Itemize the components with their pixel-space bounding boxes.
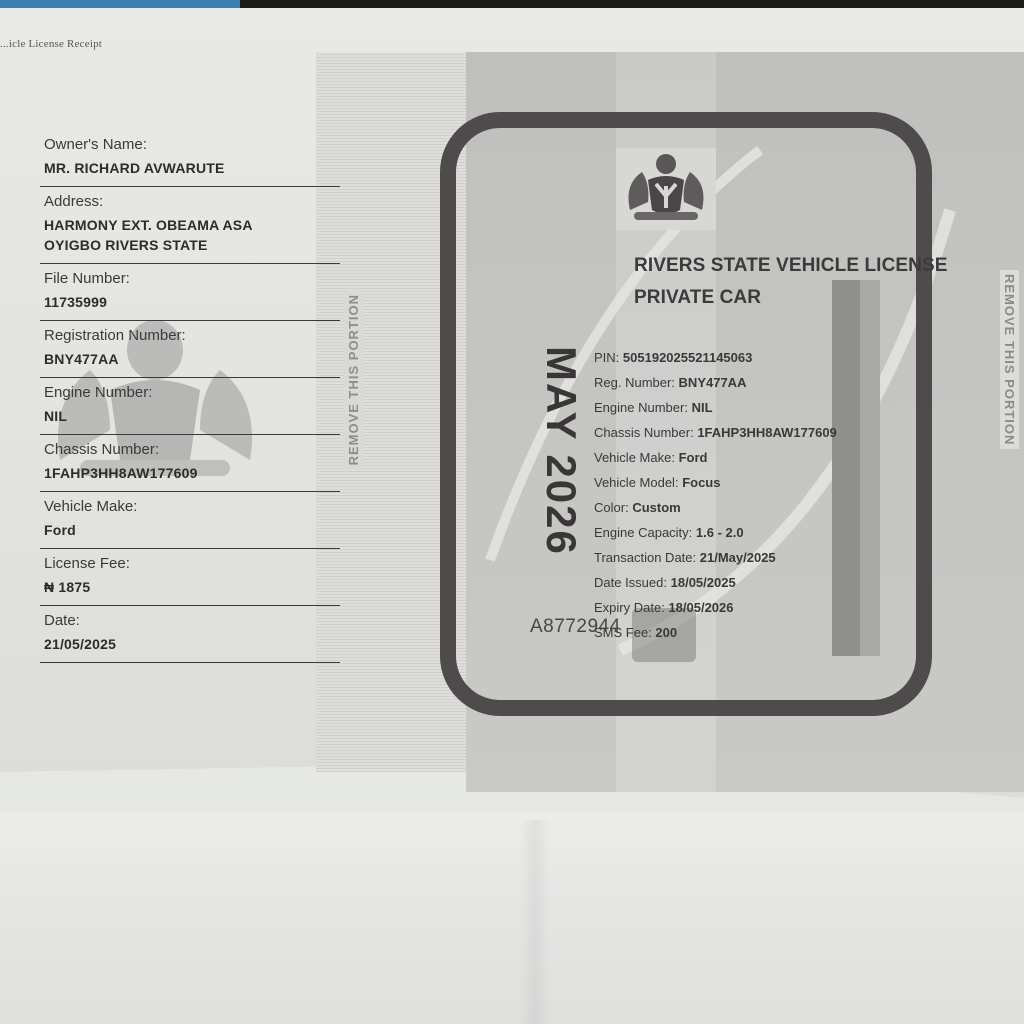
license-subtitle: PRIVATE CAR bbox=[634, 282, 948, 314]
coat-of-arms-icon bbox=[616, 148, 716, 230]
license-fee-field: License Fee: ₦ 1875 bbox=[40, 549, 340, 606]
field-value: BNY477AA bbox=[44, 349, 340, 369]
detail-key: Vehicle Make: bbox=[594, 450, 675, 465]
detail-value: 18/05/2026 bbox=[668, 600, 733, 615]
field-label: Owner's Name: bbox=[44, 136, 340, 153]
field-label: License Fee: bbox=[44, 555, 340, 572]
detail-reg-number: Reg. Number: BNY477AA bbox=[594, 373, 837, 398]
receipt-title: ...icle License Receipt bbox=[0, 38, 102, 50]
detail-value: 200 bbox=[655, 625, 677, 640]
field-label: Registration Number: bbox=[44, 327, 340, 344]
engine-number-field: Engine Number: NIL bbox=[40, 378, 340, 435]
field-value-line2: OYIGBO RIVERS STATE bbox=[44, 235, 340, 255]
detail-key: Expiry Date: bbox=[594, 600, 665, 615]
detail-value: BNY477AA bbox=[679, 375, 747, 390]
registration-number-field: Registration Number: BNY477AA bbox=[40, 321, 340, 378]
detail-key: Date Issued: bbox=[594, 575, 667, 590]
detail-key: Transaction Date: bbox=[594, 550, 696, 565]
background-edge bbox=[0, 0, 1024, 8]
owner-name-field: Owner's Name: MR. RICHARD AVWARUTE bbox=[40, 130, 340, 187]
field-value: 21/05/2025 bbox=[44, 634, 340, 654]
detail-value: 505192025521145063 bbox=[623, 350, 752, 365]
detail-transaction-date: Transaction Date: 21/May/2025 bbox=[594, 548, 837, 573]
detail-color: Color: Custom bbox=[594, 498, 837, 523]
detail-value: Focus bbox=[682, 475, 720, 490]
detail-value: 1.6 - 2.0 bbox=[696, 525, 744, 540]
license-title: RIVERS STATE VEHICLE LICENSE bbox=[634, 250, 948, 282]
remove-portion-label-right: REMOVE THIS PORTION bbox=[1000, 270, 1019, 449]
detail-pin: PIN: 505192025521145063 bbox=[594, 348, 837, 373]
detail-value: 1FAHP3HH8AW177609 bbox=[697, 425, 836, 440]
field-label: Engine Number: bbox=[44, 384, 340, 401]
detail-value: 21/May/2025 bbox=[700, 550, 776, 565]
detail-key: Engine Capacity: bbox=[594, 525, 692, 540]
field-label: Vehicle Make: bbox=[44, 498, 340, 515]
field-label: Chassis Number: bbox=[44, 441, 340, 458]
detail-value: Custom bbox=[632, 500, 680, 515]
detail-value: NIL bbox=[692, 400, 713, 415]
detail-sms-fee: SMS Fee: 200 bbox=[594, 623, 837, 648]
paper-crease bbox=[520, 820, 550, 1024]
field-value: 11735999 bbox=[44, 292, 340, 312]
serial-number: A8772944 bbox=[530, 616, 621, 638]
background-object bbox=[0, 0, 240, 8]
vehicle-make-field: Vehicle Make: Ford bbox=[40, 492, 340, 549]
license-title-block: RIVERS STATE VEHICLE LICENSE PRIVATE CAR bbox=[634, 250, 948, 314]
license-details: PIN: 505192025521145063 Reg. Number: BNY… bbox=[594, 348, 837, 648]
field-label: Date: bbox=[44, 612, 340, 629]
detail-vehicle-model: Vehicle Model: Focus bbox=[594, 473, 837, 498]
detail-key: Engine Number: bbox=[594, 400, 688, 415]
detail-key: Color: bbox=[594, 500, 629, 515]
detail-date-issued: Date Issued: 18/05/2025 bbox=[594, 573, 837, 598]
detail-engine-number: Engine Number: NIL bbox=[594, 398, 837, 423]
detail-engine-capacity: Engine Capacity: 1.6 - 2.0 bbox=[594, 523, 837, 548]
file-number-field: File Number: 11735999 bbox=[40, 264, 340, 321]
remove-portion-label-left: REMOVE THIS PORTION bbox=[344, 290, 363, 469]
address-field: Address: HARMONY EXT. OBEAMA ASA OYIGBO … bbox=[40, 187, 340, 264]
field-value: NIL bbox=[44, 406, 340, 426]
blank-paper bbox=[0, 812, 1024, 1024]
crest-panel bbox=[616, 148, 716, 230]
detail-key: Vehicle Model: bbox=[594, 475, 679, 490]
field-value: 1FAHP3HH8AW177609 bbox=[44, 463, 340, 483]
detail-key: Reg. Number: bbox=[594, 375, 675, 390]
detail-value: Ford bbox=[679, 450, 708, 465]
field-label: File Number: bbox=[44, 270, 340, 287]
field-value: Ford bbox=[44, 520, 340, 540]
field-value: ₦ 1875 bbox=[44, 577, 340, 597]
chassis-number-field: Chassis Number: 1FAHP3HH8AW177609 bbox=[40, 435, 340, 492]
detail-vehicle-make: Vehicle Make: Ford bbox=[594, 448, 837, 473]
detail-expiry-date: Expiry Date: 18/05/2026 bbox=[594, 598, 837, 623]
field-label: Address: bbox=[44, 193, 340, 210]
expiry-month-banner: MAY 2026 bbox=[540, 346, 582, 556]
detail-key: PIN: bbox=[594, 350, 619, 365]
date-field: Date: 21/05/2025 bbox=[40, 606, 340, 663]
field-value: HARMONY EXT. OBEAMA ASA bbox=[44, 215, 340, 235]
field-value: MR. RICHARD AVWARUTE bbox=[44, 158, 340, 178]
detail-value: 18/05/2025 bbox=[671, 575, 736, 590]
detail-key: Chassis Number: bbox=[594, 425, 694, 440]
receipt-stub: Owner's Name: MR. RICHARD AVWARUTE Addre… bbox=[40, 130, 340, 663]
detail-chassis-number: Chassis Number: 1FAHP3HH8AW177609 bbox=[594, 423, 837, 448]
